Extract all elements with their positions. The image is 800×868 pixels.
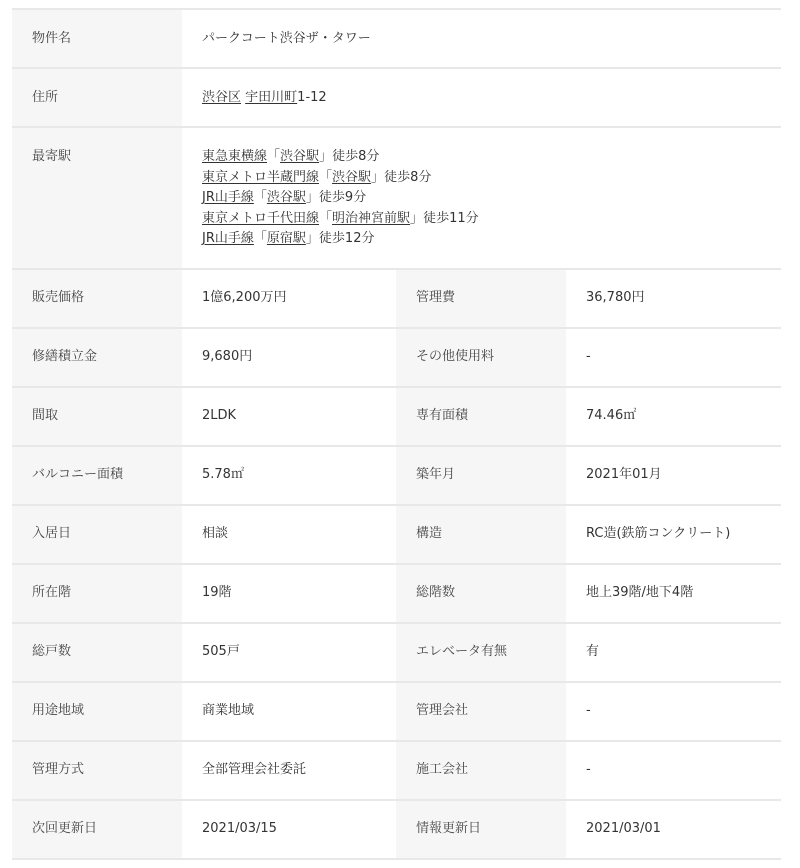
station-link[interactable]: 原宿駅 <box>267 231 306 246</box>
repair-reserve-label: 修繕積立金 <box>12 328 182 387</box>
row-units-elevator: 総戸数 505戸 エレベータ有無 有 <box>12 623 781 682</box>
address-value: 渋谷区 宇田川町1-12 <box>182 68 781 127</box>
walk-time: 徒歩9分 <box>319 190 366 205</box>
property-name-label: 物件名 <box>12 9 182 68</box>
stations-label: 最寄駅 <box>12 127 182 269</box>
price-value: 1億6,200万円 <box>182 269 396 328</box>
line-link[interactable]: JR山手線 <box>202 190 254 205</box>
management-company-label: 管理会社 <box>396 682 566 741</box>
walk-time: 徒歩8分 <box>384 170 431 185</box>
row-balcony-built-date: バルコニー面積 5.78㎡ 築年月 2021年01月 <box>12 446 781 505</box>
row-nearest-stations: 最寄駅 東急東横線「渋谷駅」徒歩8分 東京メトロ半蔵門線「渋谷駅」徒歩8分 JR… <box>12 127 781 269</box>
address-ward-link[interactable]: 渋谷区 <box>202 90 241 105</box>
walk-time: 徒歩12分 <box>319 231 375 246</box>
info-updated-label: 情報更新日 <box>396 800 566 859</box>
row-update-dates: 次回更新日 2021/03/15 情報更新日 2021/03/01 <box>12 800 781 859</box>
other-fees-value: - <box>566 328 781 387</box>
management-type-value: 全部管理会社委託 <box>182 741 396 800</box>
structure-value: RC造(鉄筋コンクリート) <box>566 505 781 564</box>
balcony-area-value: 5.78㎡ <box>182 446 396 505</box>
info-updated-value: 2021/03/01 <box>566 800 781 859</box>
station-entry: JR山手線「原宿駅」徒歩12分 <box>202 229 761 250</box>
station-entry: 東京メトロ半蔵門線「渋谷駅」徒歩8分 <box>202 168 761 189</box>
station-link[interactable]: 明治神宮前駅 <box>332 211 410 226</box>
floor-area-label: 専有面積 <box>396 387 566 446</box>
management-type-label: 管理方式 <box>12 741 182 800</box>
address-number: 1-12 <box>297 90 327 105</box>
row-move-in-structure: 入居日 相談 構造 RC造(鉄筋コンクリート) <box>12 505 781 564</box>
station-entry: 東急東横線「渋谷駅」徒歩8分 <box>202 147 761 168</box>
next-update-label: 次回更新日 <box>12 800 182 859</box>
next-update-value: 2021/03/15 <box>182 800 396 859</box>
balcony-area-label: バルコニー面積 <box>12 446 182 505</box>
zoning-value: 商業地域 <box>182 682 396 741</box>
repair-reserve-value: 9,680円 <box>182 328 396 387</box>
floor-label: 所在階 <box>12 564 182 623</box>
row-property-name: 物件名 パークコート渋谷ザ・タワー <box>12 9 781 68</box>
move-in-value: 相談 <box>182 505 396 564</box>
address-label: 住所 <box>12 68 182 127</box>
station-link[interactable]: 渋谷駅 <box>332 170 371 185</box>
row-layout-floor-area: 間取 2LDK 専有面積 74.46㎡ <box>12 387 781 446</box>
other-fees-label: その他使用料 <box>396 328 566 387</box>
built-date-value: 2021年01月 <box>566 446 781 505</box>
contractor-value: - <box>566 741 781 800</box>
total-floors-label: 総階数 <box>396 564 566 623</box>
stations-value: 東急東横線「渋谷駅」徒歩8分 東京メトロ半蔵門線「渋谷駅」徒歩8分 JR山手線「… <box>182 127 781 269</box>
row-address: 住所 渋谷区 宇田川町1-12 <box>12 68 781 127</box>
property-spec-table: 物件名 パークコート渋谷ザ・タワー 住所 渋谷区 宇田川町1-12 最寄駅 東急… <box>12 8 781 860</box>
management-fee-label: 管理費 <box>396 269 566 328</box>
elevator-value: 有 <box>566 623 781 682</box>
address-town-link[interactable]: 宇田川町 <box>245 90 297 105</box>
line-link[interactable]: 東京メトロ半蔵門線 <box>202 170 319 185</box>
line-link[interactable]: 東京メトロ千代田線 <box>202 211 319 226</box>
total-units-label: 総戸数 <box>12 623 182 682</box>
total-units-value: 505戸 <box>182 623 396 682</box>
total-floors-value: 地上39階/地下4階 <box>566 564 781 623</box>
layout-value: 2LDK <box>182 387 396 446</box>
station-entry: 東京メトロ千代田線「明治神宮前駅」徒歩11分 <box>202 209 761 230</box>
zoning-label: 用途地域 <box>12 682 182 741</box>
price-label: 販売価格 <box>12 269 182 328</box>
row-zoning-management-company: 用途地域 商業地域 管理会社 - <box>12 682 781 741</box>
move-in-label: 入居日 <box>12 505 182 564</box>
elevator-label: エレベータ有無 <box>396 623 566 682</box>
floor-area-value: 74.46㎡ <box>566 387 781 446</box>
row-price-management-fee: 販売価格 1億6,200万円 管理費 36,780円 <box>12 269 781 328</box>
contractor-label: 施工会社 <box>396 741 566 800</box>
station-link[interactable]: 渋谷駅 <box>267 190 306 205</box>
property-name-value: パークコート渋谷ザ・タワー <box>182 9 781 68</box>
row-management-type-contractor: 管理方式 全部管理会社委託 施工会社 - <box>12 741 781 800</box>
station-link[interactable]: 渋谷駅 <box>280 149 319 164</box>
built-date-label: 築年月 <box>396 446 566 505</box>
line-link[interactable]: 東急東横線 <box>202 149 267 164</box>
station-entry: JR山手線「渋谷駅」徒歩9分 <box>202 188 761 209</box>
layout-label: 間取 <box>12 387 182 446</box>
management-fee-value: 36,780円 <box>566 269 781 328</box>
row-repair-reserve-other-fees: 修繕積立金 9,680円 その他使用料 - <box>12 328 781 387</box>
floor-value: 19階 <box>182 564 396 623</box>
management-company-value: - <box>566 682 781 741</box>
walk-time: 徒歩8分 <box>332 149 379 164</box>
line-link[interactable]: JR山手線 <box>202 231 254 246</box>
structure-label: 構造 <box>396 505 566 564</box>
row-floor-total-floors: 所在階 19階 総階数 地上39階/地下4階 <box>12 564 781 623</box>
walk-time: 徒歩11分 <box>423 211 479 226</box>
